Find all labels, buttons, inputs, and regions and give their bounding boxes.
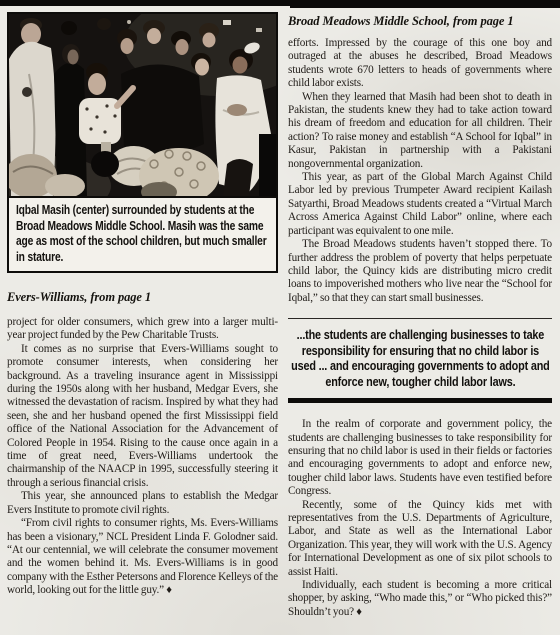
pull-quote: ...the students are challenging business… [288, 318, 552, 403]
section-header-broad-meadows: Broad Meadows Middle School, from page 1 [288, 14, 552, 29]
paragraph: In the realm of corporate and government… [288, 418, 552, 498]
paragraph: When they learned that Masih had been sh… [288, 91, 552, 171]
paragraph: Recently, some of the Quincy kids met wi… [288, 499, 552, 579]
right-column: Broad Meadows Middle School, from page 1… [288, 12, 552, 619]
photo-caption-text: Iqbal Masih (center) surrounded by stude… [16, 203, 269, 265]
pull-quote-text: ...the students are challenging business… [288, 327, 552, 389]
photo-figure: Iqbal Masih (center) surrounded by stude… [7, 12, 278, 273]
students-photo-illustration [9, 14, 276, 196]
section-header-evers-williams: Evers-Williams, from page 1 [7, 290, 278, 305]
left-column: Iqbal Masih (center) surrounded by stude… [7, 12, 278, 598]
paragraph: “From civil rights to consumer rights, M… [7, 517, 278, 597]
paragraph: This year, as part of the Global March A… [288, 171, 552, 238]
group-photo [9, 14, 276, 196]
paragraph: project for older consumers, which grew … [7, 316, 278, 343]
paragraph: Individually, each student is becoming a… [288, 579, 552, 619]
paragraph: efforts. Impressed by the courage of thi… [288, 37, 552, 91]
page-top-rule [0, 0, 560, 6]
paragraph: This year, she announced plans to establ… [7, 490, 278, 517]
paragraph: The Broad Meadows students haven’t stopp… [288, 238, 552, 305]
paragraph: It comes as no surprise that Evers-Willi… [7, 343, 278, 490]
newsletter-page: Iqbal Masih (center) surrounded by stude… [0, 0, 560, 635]
photo-caption: Iqbal Masih (center) surrounded by stude… [9, 196, 276, 271]
